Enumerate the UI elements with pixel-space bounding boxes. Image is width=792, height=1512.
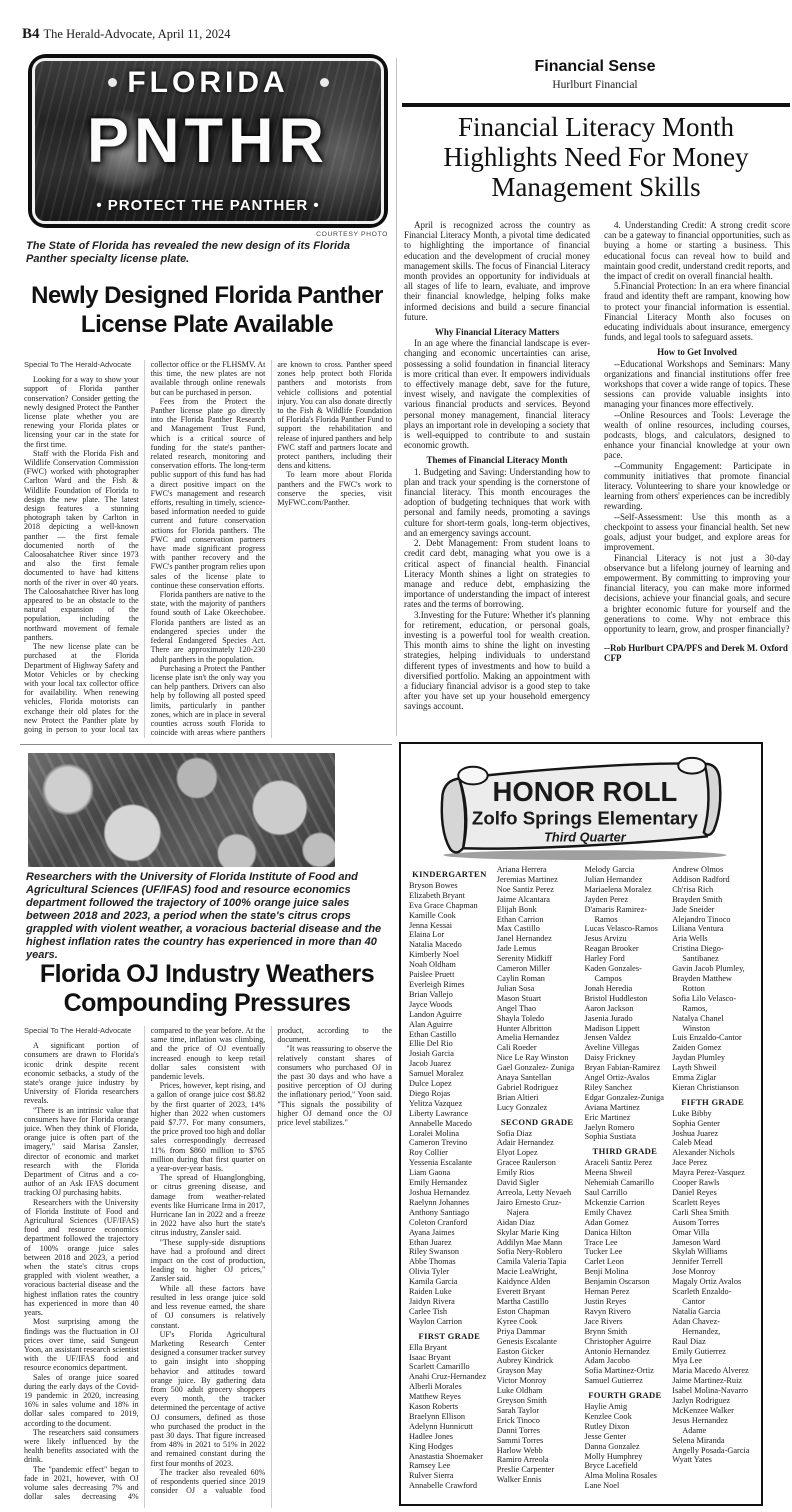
financial-paragraph: 4. Understanding Credit: A strong credit… xyxy=(604,220,790,281)
honor-roll-entry: Jade Lemus xyxy=(497,944,578,954)
panther-article-headline: Newly Designed Florida Panther License P… xyxy=(18,281,396,339)
honor-roll-entry: Isabel Molina-Navarro xyxy=(672,1386,753,1396)
article-paragraph: The spread of Huanglongbing, or citrus g… xyxy=(151,1173,266,1237)
honor-roll-entry: Aviana Martinez xyxy=(585,1103,666,1113)
honor-roll-entry: Antonio Hernandez xyxy=(585,1347,666,1357)
honor-roll-entry: Sofia Martinez-Ortiz xyxy=(585,1366,666,1376)
financial-paragraph: April is recognized across the country a… xyxy=(404,220,590,322)
financial-sense-kicker: Financial Sense xyxy=(400,58,790,76)
honor-roll-entry: Shayla Toledo xyxy=(497,1014,578,1024)
honor-roll-entry: Cameron Miller xyxy=(497,964,578,974)
honor-roll-entry: Jaime Martinez-Ruiz xyxy=(672,1376,753,1386)
oj-article-body: Special To The Herald-Advocate A signifi… xyxy=(24,1026,392,1508)
oranges-photo xyxy=(28,753,335,867)
honor-roll-entry: FIFTH GRADE xyxy=(672,1098,753,1108)
honor-roll-entry: Abbe Thomas xyxy=(409,1257,490,1267)
honor-roll-entry: Ethan Castillo xyxy=(409,1030,490,1040)
honor-roll-entry: Natalia Macedo xyxy=(409,940,490,950)
honor-roll-banner: HONOR ROLL Zolfo Springs Elementary Thir… xyxy=(414,750,748,862)
honor-roll-entry: Aaron Jackson xyxy=(585,1004,666,1014)
honor-roll-entry: Everett Bryant xyxy=(497,1287,578,1297)
column-divider xyxy=(396,58,397,736)
honor-roll-entry: Alan Aguirre xyxy=(409,1020,490,1030)
honor-roll-entry: Harlow Webb xyxy=(497,1446,578,1456)
honor-roll-entry: Jace Rivers xyxy=(585,1317,666,1327)
honor-roll-entry: Aria Wells xyxy=(672,934,753,944)
honor-roll-entry: Annabelle Macedo xyxy=(409,1119,490,1129)
honor-roll-entry: Gabriel Rodriguez xyxy=(497,1083,578,1093)
honor-roll-entry: Justin Reyes xyxy=(585,1297,666,1307)
banner-right-curl xyxy=(678,758,706,774)
banner-left-curl xyxy=(458,767,487,785)
license-plate-photo: FLORIDA PNTHR • PROTECT THE PANTHER • xyxy=(28,54,388,228)
financial-sense-subtitle: Hurlburt Financial xyxy=(400,79,790,91)
honor-roll-entry: Emily Chavez xyxy=(585,1208,666,1218)
honor-roll-entry: Hunter Albritton xyxy=(497,1024,578,1034)
honor-roll-entry: Ch'risa Rich xyxy=(672,885,753,895)
honor-roll-entry: Matthew Reyes xyxy=(409,1392,490,1402)
honor-roll-entry: Meena Shweil xyxy=(585,1168,666,1178)
honor-roll-entry: Alma Molina Rosales xyxy=(585,1471,666,1481)
honor-roll-entry: Jensen Valdez xyxy=(585,1033,666,1043)
honor-roll-entry: Sofia Diaz xyxy=(497,1129,578,1139)
honor-roll-entry: Skylar Marie King xyxy=(497,1228,578,1238)
honor-roll-entry: Eston Chapman xyxy=(497,1307,578,1317)
article-paragraph: UF's Florida Agricultural Marketing Rese… xyxy=(151,1330,266,1468)
honor-roll-entry: Jesse Genter xyxy=(585,1432,666,1442)
financial-paragraph: --Educational Workshops and Seminars: Ma… xyxy=(604,359,790,410)
honor-roll-entry: Christopher Aguirre xyxy=(585,1337,666,1347)
article-paragraph: Sales of orange juice soared during the … xyxy=(24,1373,139,1428)
financial-paragraph: --Rob Hurlburt CPA/PFS and Derek M. Oxfo… xyxy=(604,643,790,663)
honor-roll-entry: Mayra Perez-Vasquez xyxy=(672,1168,753,1178)
panther-article-body: Special To The Herald-Advocate Looking f… xyxy=(24,360,392,738)
honor-roll-title: HONOR ROLL xyxy=(492,776,677,807)
honor-roll-entry: Jesus Hernandez Adame xyxy=(672,1416,753,1436)
honor-roll-entry: Genesis Escalante xyxy=(497,1337,578,1347)
honor-roll-entry: Sophia Genter xyxy=(672,1119,753,1129)
plate-bolt-icon xyxy=(108,78,117,87)
honor-roll-entry: Jaelyn Romero xyxy=(585,1123,666,1133)
honor-roll-entry: Aubrey Kindrick xyxy=(497,1356,578,1366)
honor-roll-entry: Max Castillo xyxy=(497,924,578,934)
honor-roll-entry: Luke Oldham xyxy=(497,1386,578,1396)
financial-paragraph: How to Get Involved xyxy=(604,347,790,357)
honor-roll-entry: Jesus Arvizu xyxy=(585,934,666,944)
honor-roll-entry: Samuel Moralez xyxy=(409,1069,490,1079)
honor-roll-entry: Ayana Jaimes xyxy=(409,1228,490,1238)
honor-roll-entry: Molly Humphrey xyxy=(585,1452,666,1462)
honor-roll-entry: Gael Gonzalez- Zuniga xyxy=(497,1063,578,1073)
honor-roll-entry: Ramsey Lee xyxy=(409,1461,490,1471)
honor-roll-entry: Jonah Heredia xyxy=(585,984,666,994)
honor-roll-entry: Yessenia Escalante xyxy=(409,1158,490,1168)
honor-roll-entry: Elyot Lopez xyxy=(497,1148,578,1158)
honor-roll-entry: Natalya Chanel Winston xyxy=(672,1014,753,1034)
honor-roll-names: KINDERGARTENBryson BowesElizabeth Bryant… xyxy=(409,865,753,1493)
honor-roll-entry: Adelynn Hunnicutt xyxy=(409,1422,490,1432)
article-paragraph: Prices, however, kept rising, and a gall… xyxy=(151,1081,266,1173)
honor-roll-entry: Greyson Smith xyxy=(497,1396,578,1406)
honor-roll-entry: Luis Enzaldo-Cantor xyxy=(672,1033,753,1043)
financial-paragraph: 3.Investing for the Future: Whether it's… xyxy=(404,610,590,712)
honor-roll-entry: FIRST GRADE xyxy=(409,1332,490,1342)
honor-roll-entry: Yelitza Vazquez xyxy=(409,1099,490,1109)
honor-roll-entry: Diego Rojas xyxy=(409,1089,490,1099)
honor-roll-entry: Bryson Bowes xyxy=(409,881,490,891)
masthead-title: The Herald-Advocate, April 11, 2024 xyxy=(44,27,231,41)
honor-roll-entry: Walker Ennis xyxy=(497,1475,578,1485)
honor-roll-entry: Liliana Ventura xyxy=(672,924,753,934)
honor-roll-entry: Dulce Lopez xyxy=(409,1079,490,1089)
license-plate-rim: FLORIDA PNTHR • PROTECT THE PANTHER • xyxy=(32,58,384,224)
honor-roll-entry: Bryan Fabian-Ramirez xyxy=(585,1063,666,1073)
financial-paragraph: Why Financial Literacy Matters xyxy=(404,327,590,337)
honor-roll-entry: Mason Stuart xyxy=(497,994,578,1004)
honor-roll-entry: Benji Molina xyxy=(585,1267,666,1277)
honor-roll-entry: Bristol Huddleston xyxy=(585,994,666,1004)
article-paragraph: To learn more about Florida panthers and… xyxy=(277,470,392,507)
honor-roll-entry: Aidan Diaz xyxy=(497,1218,578,1228)
honor-roll-entry: Layth Shweil xyxy=(672,1063,753,1073)
honor-roll-entry: Everleigh Rimes xyxy=(409,980,490,990)
financial-paragraph: --Community Engagement: Participate in c… xyxy=(604,461,790,512)
honor-roll-entry: Emily Rios xyxy=(497,1168,578,1178)
honor-roll-entry: Lucy Gonzalez xyxy=(497,1103,578,1113)
honor-roll-entry: Brayden Smith xyxy=(672,895,753,905)
honor-roll-entry: Elaina Lor xyxy=(409,930,490,940)
honor-roll-entry: Brian Vallejo xyxy=(409,990,490,1000)
honor-roll-entry: Raul Diaz xyxy=(672,1337,753,1347)
honor-roll-entry: Hernan Perez xyxy=(585,1287,666,1297)
honor-roll-entry: Carli Shea Smith xyxy=(672,1208,753,1218)
honor-roll-entry: Brynn Smith xyxy=(585,1327,666,1337)
honor-roll-entry: Scarlett Camarillo xyxy=(409,1362,490,1372)
honor-roll-entry: Olivia Tyler xyxy=(409,1267,490,1277)
honor-roll-entry: Gavin Jacob Plumley, xyxy=(672,964,753,974)
honor-roll-entry: FOURTH GRADE xyxy=(585,1391,666,1401)
honor-roll-entry: Mya Lee xyxy=(672,1356,753,1366)
honor-roll-entry: Jenna Kessai xyxy=(409,921,490,931)
honor-roll-entry: Melody Garcia xyxy=(585,865,666,875)
honor-roll-entry: Haylie Amig xyxy=(585,1402,666,1412)
honor-roll-entry: Erick Tinoco xyxy=(497,1416,578,1426)
honor-roll-entry: Alberli Morales xyxy=(409,1382,490,1392)
financial-paragraph: In an age where the financial landscape … xyxy=(404,338,590,450)
honor-roll-entry: Danni Torres xyxy=(497,1426,578,1436)
article-paragraph: Florida panthers are native to the state… xyxy=(151,590,266,664)
honor-roll-entry: Raelynn Johannes xyxy=(409,1198,490,1208)
honor-roll-entry: Camila Valeria Tapia xyxy=(497,1257,578,1267)
honor-roll-entry: Bryce Lacefield xyxy=(585,1461,666,1471)
honor-roll-entry: Landon Aguirre xyxy=(409,1010,490,1020)
honor-roll-entry: Julian Sosa xyxy=(497,984,578,994)
honor-roll-entry: Kaidynce Alden xyxy=(497,1277,578,1287)
honor-roll-entry: Paislee Pruett xyxy=(409,970,490,980)
honor-roll-entry: Hadlee Jones xyxy=(409,1432,490,1442)
honor-roll-entry: King Hodges xyxy=(409,1442,490,1452)
financial-paragraph: Themes of Financial Literacy Month xyxy=(404,455,590,465)
honor-roll-entry: Elizabeth Bryant xyxy=(409,891,490,901)
honor-roll-entry: Kenzlee Cook xyxy=(585,1412,666,1422)
honor-roll-entry: Isaac Bryant xyxy=(409,1353,490,1363)
honor-roll-entry: Riley Swanson xyxy=(409,1247,490,1257)
honor-roll-entry: Jairo Ernesto Cruz-Najera xyxy=(497,1198,578,1218)
honor-roll-entry: D'amaris Ramirez-Ramos xyxy=(585,905,666,925)
honor-roll-entry: Amelia Hernandez xyxy=(497,1033,578,1043)
honor-roll-entry: Ethan Juarez xyxy=(409,1238,490,1248)
photo-credit: COURTESY PHOTO xyxy=(28,231,388,238)
honor-roll-entry: Coleton Cranford xyxy=(409,1218,490,1228)
honor-roll-entry: SECOND GRADE xyxy=(497,1118,578,1128)
article-paragraph: Researchers with the University of Flori… xyxy=(24,1198,139,1318)
honor-roll-entry: Sophia Sustiata xyxy=(585,1132,666,1142)
honor-roll-entry: Brayden Matthew Rotton xyxy=(672,974,753,994)
honor-roll-entry: Mckenzie Carrion xyxy=(585,1198,666,1208)
honor-roll-term: Third Quarter xyxy=(544,829,627,844)
article-paragraph: "It was reassuring to observe the relati… xyxy=(277,1044,392,1127)
honor-roll-entry: Martha Castillo xyxy=(497,1297,578,1307)
article-paragraph: While all these factors have resulted in… xyxy=(151,1284,266,1330)
financial-paragraph: 1. Budgeting and Saving: Understanding h… xyxy=(404,467,590,538)
honor-roll-entry: Magaly Ortiz Avalos xyxy=(672,1277,753,1287)
honor-roll-entry: Jazlyn Rodriguez xyxy=(672,1396,753,1406)
masthead: B4The Herald-Advocate, April 11, 2024 xyxy=(22,26,231,43)
honor-roll-entry: Samuel Gutierrez xyxy=(585,1376,666,1386)
honor-roll-entry: Sofia Nery-Roblero xyxy=(497,1247,578,1257)
honor-roll-entry: Jasenia Jurado xyxy=(585,1014,666,1024)
article-paragraph: "There is an intrinsic value that consum… xyxy=(24,1106,139,1198)
honor-roll-entry: Daisy Frickney xyxy=(585,1053,666,1063)
honor-roll-entry: Macie LeaWright, xyxy=(497,1267,578,1277)
financial-paragraph: 2. Debt Management: From student loans t… xyxy=(404,538,590,609)
honor-roll-entry: Sammi Torres xyxy=(497,1436,578,1446)
honor-roll-entry: Preslie Carpenter xyxy=(497,1465,578,1475)
honor-roll-entry: Madison Lippett xyxy=(585,1024,666,1034)
honor-roll-entry: Adan Chavez-Hernandez, xyxy=(672,1317,753,1337)
honor-roll-entry: Noe Santiz Perez xyxy=(497,885,578,895)
honor-roll-entry: David Sigler xyxy=(497,1178,578,1188)
honor-roll-entry: Cali Roeder xyxy=(497,1043,578,1053)
honor-roll-entry: Daniel Reyes xyxy=(672,1188,753,1198)
honor-roll-entry: Julian Hernandez xyxy=(585,875,666,885)
honor-roll-entry: Kieran Christianson xyxy=(672,1083,753,1093)
oranges-photo-caption: Researchers with the University of Flori… xyxy=(26,871,384,962)
plate-tag-text: PNTHR xyxy=(35,105,381,177)
honor-roll-school: Zolfo Springs Elementary xyxy=(472,808,699,829)
honor-roll-entry: Nice Le Ray Winston xyxy=(497,1053,578,1063)
honor-roll-entry: Maria Macedo Alverez xyxy=(672,1366,753,1376)
honor-roll-entry: Addison Radford xyxy=(672,875,753,885)
honor-roll-entry: Carlet Leon xyxy=(585,1257,666,1267)
honor-roll-entry: Lane Noel xyxy=(585,1481,666,1491)
honor-roll-entry: KINDERGARTEN xyxy=(409,870,490,880)
honor-roll-entry: Raiden Luke xyxy=(409,1287,490,1297)
honor-roll-entry: Jayden Perez xyxy=(585,895,666,905)
honor-roll-entry: Edgar Gonzalez-Zuniga xyxy=(585,1093,666,1103)
honor-roll-entry: Anthony Santiago xyxy=(409,1208,490,1218)
honor-roll-entry: Loralei Molina xyxy=(409,1129,490,1139)
honor-roll-entry: Braelynn Ellison xyxy=(409,1412,490,1422)
honor-roll-entry: Anaya Santellan xyxy=(497,1073,578,1083)
honor-roll-entry: Anahi Cruz-Hernandez xyxy=(409,1372,490,1382)
article-paragraph: A significant portion of consumers are d… xyxy=(24,1041,139,1105)
honor-roll-entry: Adair Hernandez xyxy=(497,1138,578,1148)
honor-roll-entry: Angelly Posada-Garcia xyxy=(672,1446,753,1456)
honor-roll-entry: Adam Jacobo xyxy=(585,1356,666,1366)
honor-roll-entry: Angel Ortiz-Avalos xyxy=(585,1073,666,1083)
page-number: B4 xyxy=(22,26,40,42)
honor-roll-entry: Angel Thao xyxy=(497,1004,578,1014)
honor-roll-entry: Kyree Cook xyxy=(497,1317,578,1327)
honor-roll-entry: Anastastia Shoemaker xyxy=(409,1452,490,1462)
article-paragraph: Staff with the Florida Fish and Wildlife… xyxy=(24,449,139,642)
honor-roll-entry: Eva Grace Chapman xyxy=(409,901,490,911)
honor-roll-entry: Jaydan Plumley xyxy=(672,1053,753,1063)
honor-roll-entry: Emma Ziglar xyxy=(672,1073,753,1083)
honor-roll-entry: Ravyn Rivero xyxy=(585,1307,666,1317)
plate-slogan-text: • PROTECT THE PANTHER • xyxy=(35,197,381,214)
article-paragraph: Fees from the Protect the Panther licens… xyxy=(151,397,266,590)
honor-roll-entry: Alexander Nichols xyxy=(672,1148,753,1158)
honor-roll-entry: Gracee Raulerson xyxy=(497,1158,578,1168)
honor-roll-entry: Mariaelena Moralez xyxy=(585,885,666,895)
honor-roll-entry: Easton Gicker xyxy=(497,1347,578,1357)
plate-photo-caption: The State of Florida has revealed the ne… xyxy=(26,240,390,266)
honor-roll-entry: Wyatt Yates xyxy=(672,1455,753,1465)
honor-roll-entry: Selena Miranda xyxy=(672,1436,753,1446)
honor-roll-entry: Ellie Del Rio xyxy=(409,1039,490,1049)
honor-roll-entry: Luke Bibby xyxy=(672,1109,753,1119)
honor-roll-entry: Jeremias Martinez xyxy=(497,875,578,885)
honor-roll-entry: Priya Dammar xyxy=(497,1327,578,1337)
financial-paragraph: 5.Financial Protection: In an era where … xyxy=(604,281,790,342)
honor-roll-entry: Jose Monroy xyxy=(672,1267,753,1277)
honor-roll-entry: Danica Hilton xyxy=(585,1228,666,1238)
honor-roll-entry: Roy Collier xyxy=(409,1148,490,1158)
honor-roll-entry: Natalia Garcia xyxy=(672,1307,753,1317)
honor-roll-entry: Jaime Alcantara xyxy=(497,895,578,905)
oj-article-byline: Special To The Herald-Advocate xyxy=(24,1026,139,1035)
honor-roll-entry: Sarah Taylor xyxy=(497,1406,578,1416)
honor-roll-entry: Brian Altieri xyxy=(497,1093,578,1103)
honor-roll-entry: Cristina Diego-Santibanez xyxy=(672,944,753,964)
honor-roll-entry: Scarlett Reyes xyxy=(672,1198,753,1208)
honor-roll-entry: Harley Ford xyxy=(585,954,666,964)
honor-roll-entry: Jade Sneider xyxy=(672,905,753,915)
financial-article-headline: Financial Literacy Month Highlights Need… xyxy=(402,112,790,202)
honor-roll-entry: Kamille Cook xyxy=(409,911,490,921)
honor-roll-entry: Liam Gaona xyxy=(409,1168,490,1178)
article-paragraph: The researchers said consumers were like… xyxy=(24,1428,139,1465)
honor-roll-entry: Cooper Rawls xyxy=(672,1178,753,1188)
honor-roll-entry: Ausom Torres xyxy=(672,1218,753,1228)
honor-roll-entry: Liberty Lawrance xyxy=(409,1109,490,1119)
honor-roll-entry: Annabelle Crawford xyxy=(409,1481,490,1491)
honor-roll-entry: Ella Bryant xyxy=(409,1343,490,1353)
honor-roll-entry: Jayce Woods xyxy=(409,1000,490,1010)
honor-roll-entry: Cameron Trevino xyxy=(409,1138,490,1148)
honor-roll-entry: Aveline Villegas xyxy=(585,1043,666,1053)
honor-roll-entry: Omar Villa xyxy=(672,1228,753,1238)
banner-shadow xyxy=(443,850,726,860)
newspaper-page: B4The Herald-Advocate, April 11, 2024 FL… xyxy=(0,0,792,1512)
honor-roll-entry: Ramiro Arreola xyxy=(497,1455,578,1465)
honor-roll-entry: Jameson Ward xyxy=(672,1238,753,1248)
honor-roll-entry: Caleb Mead xyxy=(672,1138,753,1148)
oj-article-headline: Florida OJ Industry Weathers Compounding… xyxy=(18,960,396,1018)
honor-roll-entry: Joshua Juarez xyxy=(672,1129,753,1139)
honor-roll-entry: Kimberly Noel xyxy=(409,950,490,960)
panther-article-byline: Special To The Herald-Advocate xyxy=(24,360,139,369)
honor-roll-entry: Kamila Garcia xyxy=(409,1277,490,1287)
honor-roll-entry: Jace Perez xyxy=(672,1158,753,1168)
honor-roll-entry: THIRD GRADE xyxy=(585,1147,666,1157)
honor-roll-entry: Emily Hernandez xyxy=(409,1178,490,1188)
honor-roll-entry: Serenity Midkiff xyxy=(497,954,578,964)
honor-roll-entry: Riley Sanchez xyxy=(585,1083,666,1093)
honor-roll-entry: Andrew Olmos xyxy=(672,865,753,875)
honor-roll-entry: Josiah Garcia xyxy=(409,1049,490,1059)
honor-roll-entry: Caylin Roman xyxy=(497,974,578,984)
financial-paragraph: --Online Resources and Tools: Leverage t… xyxy=(604,410,790,461)
financial-paragraph: Financial Literacy is not just a 30-day … xyxy=(604,553,790,635)
honor-roll-entry: Noah Oldham xyxy=(409,960,490,970)
honor-roll-entry: Skylah Williams xyxy=(672,1247,753,1257)
banner-left-roll xyxy=(442,778,466,852)
article-paragraph: Looking for a way to show your support o… xyxy=(24,375,139,449)
financial-paragraph: --Self-Assessment: Use this month as a c… xyxy=(604,512,790,553)
honor-roll-entry: Victor Monroy xyxy=(497,1376,578,1386)
honor-roll-entry: Grayson May xyxy=(497,1366,578,1376)
honor-roll-entry: Janel Hernandez xyxy=(497,934,578,944)
honor-roll-entry: McKenzee Walker xyxy=(672,1406,753,1416)
honor-roll-entry: Benjamin Oscarson xyxy=(585,1277,666,1287)
honor-roll-entry: Adan Gomez xyxy=(585,1218,666,1228)
honor-roll-entry: Kason Roberts xyxy=(409,1402,490,1412)
honor-roll-entry: Ariana Herrera xyxy=(497,865,578,875)
honor-roll-entry: Danna Gonzalez xyxy=(585,1442,666,1452)
honor-roll-entry: Trace Lee xyxy=(585,1238,666,1248)
financial-rule xyxy=(402,103,790,107)
honor-roll-box: HONOR ROLL Zolfo Springs Elementary Thir… xyxy=(399,742,763,1506)
honor-roll-entry: Addilyn Mae Mann xyxy=(497,1238,578,1248)
honor-roll-entry: Waylon Carrion xyxy=(409,1317,490,1327)
honor-roll-entry: Nehemiah Camarillo xyxy=(585,1178,666,1188)
honor-roll-entry: Jacob Juarez xyxy=(409,1059,490,1069)
honor-roll-entry: Saul Carrillo xyxy=(585,1188,666,1198)
financial-article-body: April is recognized across the country a… xyxy=(404,220,790,725)
honor-roll-entry: Joshua Hernandez xyxy=(409,1188,490,1198)
honor-roll-entry: Elijah Bonk xyxy=(497,905,578,915)
honor-roll-entry: Ethan Carrion xyxy=(497,915,578,925)
honor-roll-entry: Emily Gutierrez xyxy=(672,1347,753,1357)
honor-roll-entry: Eric Martinez xyxy=(585,1113,666,1123)
honor-roll-entry: Sofia Lilo Velasco-Ramos, xyxy=(672,994,753,1014)
honor-roll-entry: Jennifer Terrell xyxy=(672,1257,753,1267)
honor-roll-entry: Carlee Tish xyxy=(409,1307,490,1317)
honor-roll-entry: Arreola, Letty Nevaeh xyxy=(497,1188,578,1198)
honor-roll-entry: Kaden Gonzales- Campos xyxy=(585,964,666,984)
honor-roll-entry: Jaidyn Rivera xyxy=(409,1297,490,1307)
plate-state-text: FLORIDA xyxy=(35,66,381,100)
honor-roll-entry: Scarleth Enzaldo-Cantor xyxy=(672,1287,753,1307)
honor-roll-entry: Zaiden Gomez xyxy=(672,1043,753,1053)
honor-roll-entry: Reagan Brooker xyxy=(585,944,666,954)
article-paragraph: "These supply-side disruptions have had … xyxy=(151,1238,266,1284)
honor-roll-entry: Araceli Santiz Perez xyxy=(585,1158,666,1168)
honor-roll-entry: Rulver Sierra xyxy=(409,1471,490,1481)
